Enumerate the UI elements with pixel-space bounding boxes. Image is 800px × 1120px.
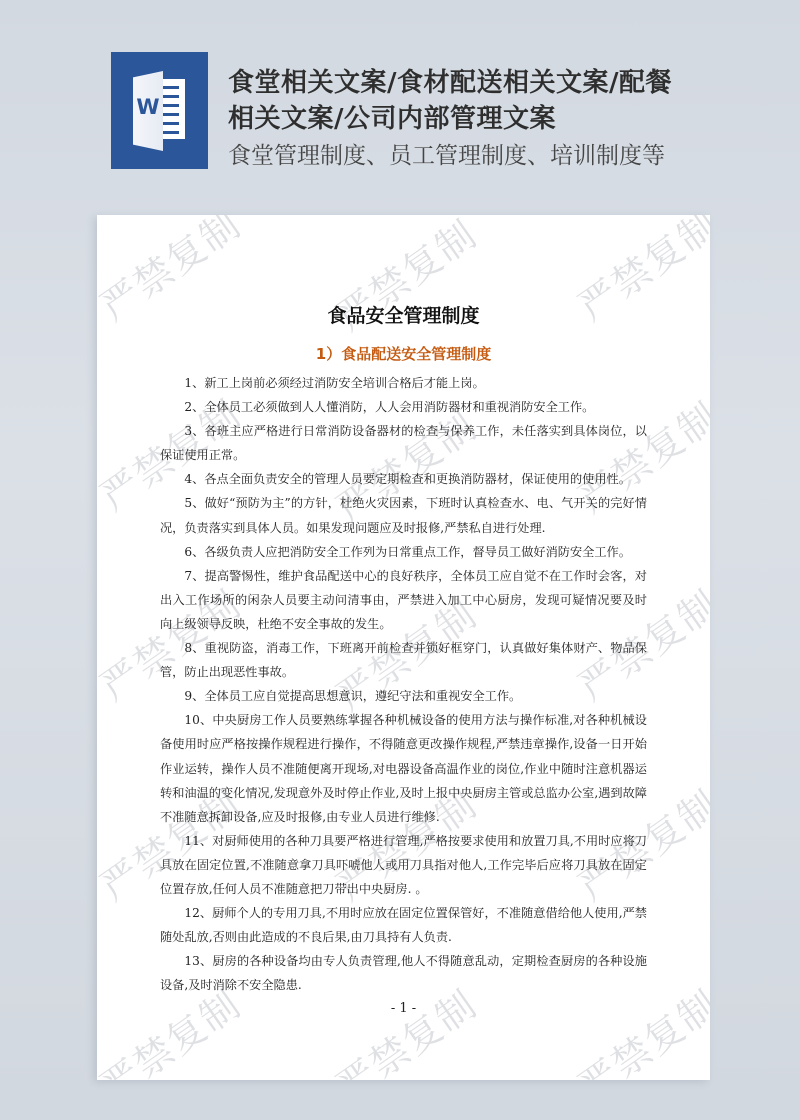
icon-letter: W <box>135 95 161 119</box>
paragraph-11: 11、对厨师使用的各种刀具要严格进行管理,严格按要求使用和放置刀具,不用时应将刀… <box>160 829 647 901</box>
document-body: 1、新工上岗前必须经过消防安全培训合格后才能上岗。 2、全体员工必须做到人人懂消… <box>160 371 647 997</box>
paragraph-13: 13、厨房的各种设备均由专人负责管理,他人不得随意乱动，定期检查厨房的各种设施设… <box>160 949 647 997</box>
icon-line <box>161 131 179 134</box>
document-page: 严禁复制 严禁复制 严禁复制 严禁复制 严禁复制 严禁复制 严禁复制 严禁复制 … <box>97 215 710 1080</box>
header-title-line-2: 相关文案/公司内部管理文案 <box>228 98 556 135</box>
paragraph-8: 8、重视防盗，消毒工作，下班离开前检查并锁好框穿门，认真做好集体财产、物品保管，… <box>160 636 647 684</box>
section-heading: 1）食品配送安全管理制度 <box>97 343 710 364</box>
paragraph-1: 1、新工上岗前必须经过消防安全培训合格后才能上岗。 <box>160 371 647 395</box>
icon-line <box>161 122 179 125</box>
icon-line <box>161 86 179 89</box>
paragraph-4: 4、各点全面负责安全的管理人员要定期检查和更换消防器材，保证使用的使用性。 <box>160 467 647 491</box>
header-title-line-1: 食堂相关文案/食材配送相关文案/配餐 <box>228 62 672 99</box>
paragraph-2: 2、全体员工必须做到人人懂消防，人人会用消防器材和重视消防安全工作。 <box>160 395 647 419</box>
header-subtitle: 食堂管理制度、员工管理制度、培训制度等 <box>228 137 665 170</box>
paragraph-9: 9、全体员工应自觉提高思想意识，遵纪守法和重视安全工作。 <box>160 684 647 708</box>
header-banner: W 食堂相关文案/食材配送相关文案/配餐 相关文案/公司内部管理文案 食堂管理制… <box>0 0 800 200</box>
document-title: 食品安全管理制度 <box>97 301 710 328</box>
paragraph-7: 7、提高警惕性，维护食品配送中心的良好秩序，全体员工应自觉不在工作时会客，对出入… <box>160 564 647 636</box>
paragraph-10: 10、中央厨房工作人员要熟练掌握各种机械设备的使用方法与操作标准,对各种机械设备… <box>160 708 647 828</box>
icon-line <box>161 113 179 116</box>
icon-line <box>161 104 179 107</box>
page-number: - 1 - <box>97 1001 710 1016</box>
paragraph-3: 3、各班主应严格进行日常消防设备器材的检查与保养工作，未任落实到具体岗位，以保证… <box>160 419 647 467</box>
word-document-icon: W <box>111 52 208 169</box>
paragraph-5: 5、做好“预防为主”的方针，杜绝火灾因素，下班时认真检查水、电、气开关的完好情况… <box>160 491 647 539</box>
paragraph-12: 12、厨师个人的专用刀具,不用时应放在固定位置保管好，不准随意借给他人使用,严禁… <box>160 901 647 949</box>
paragraph-6: 6、各级负责人应把消防安全工作列为日常重点工作，督导员工做好消防安全工作。 <box>160 540 647 564</box>
icon-line <box>161 95 179 98</box>
